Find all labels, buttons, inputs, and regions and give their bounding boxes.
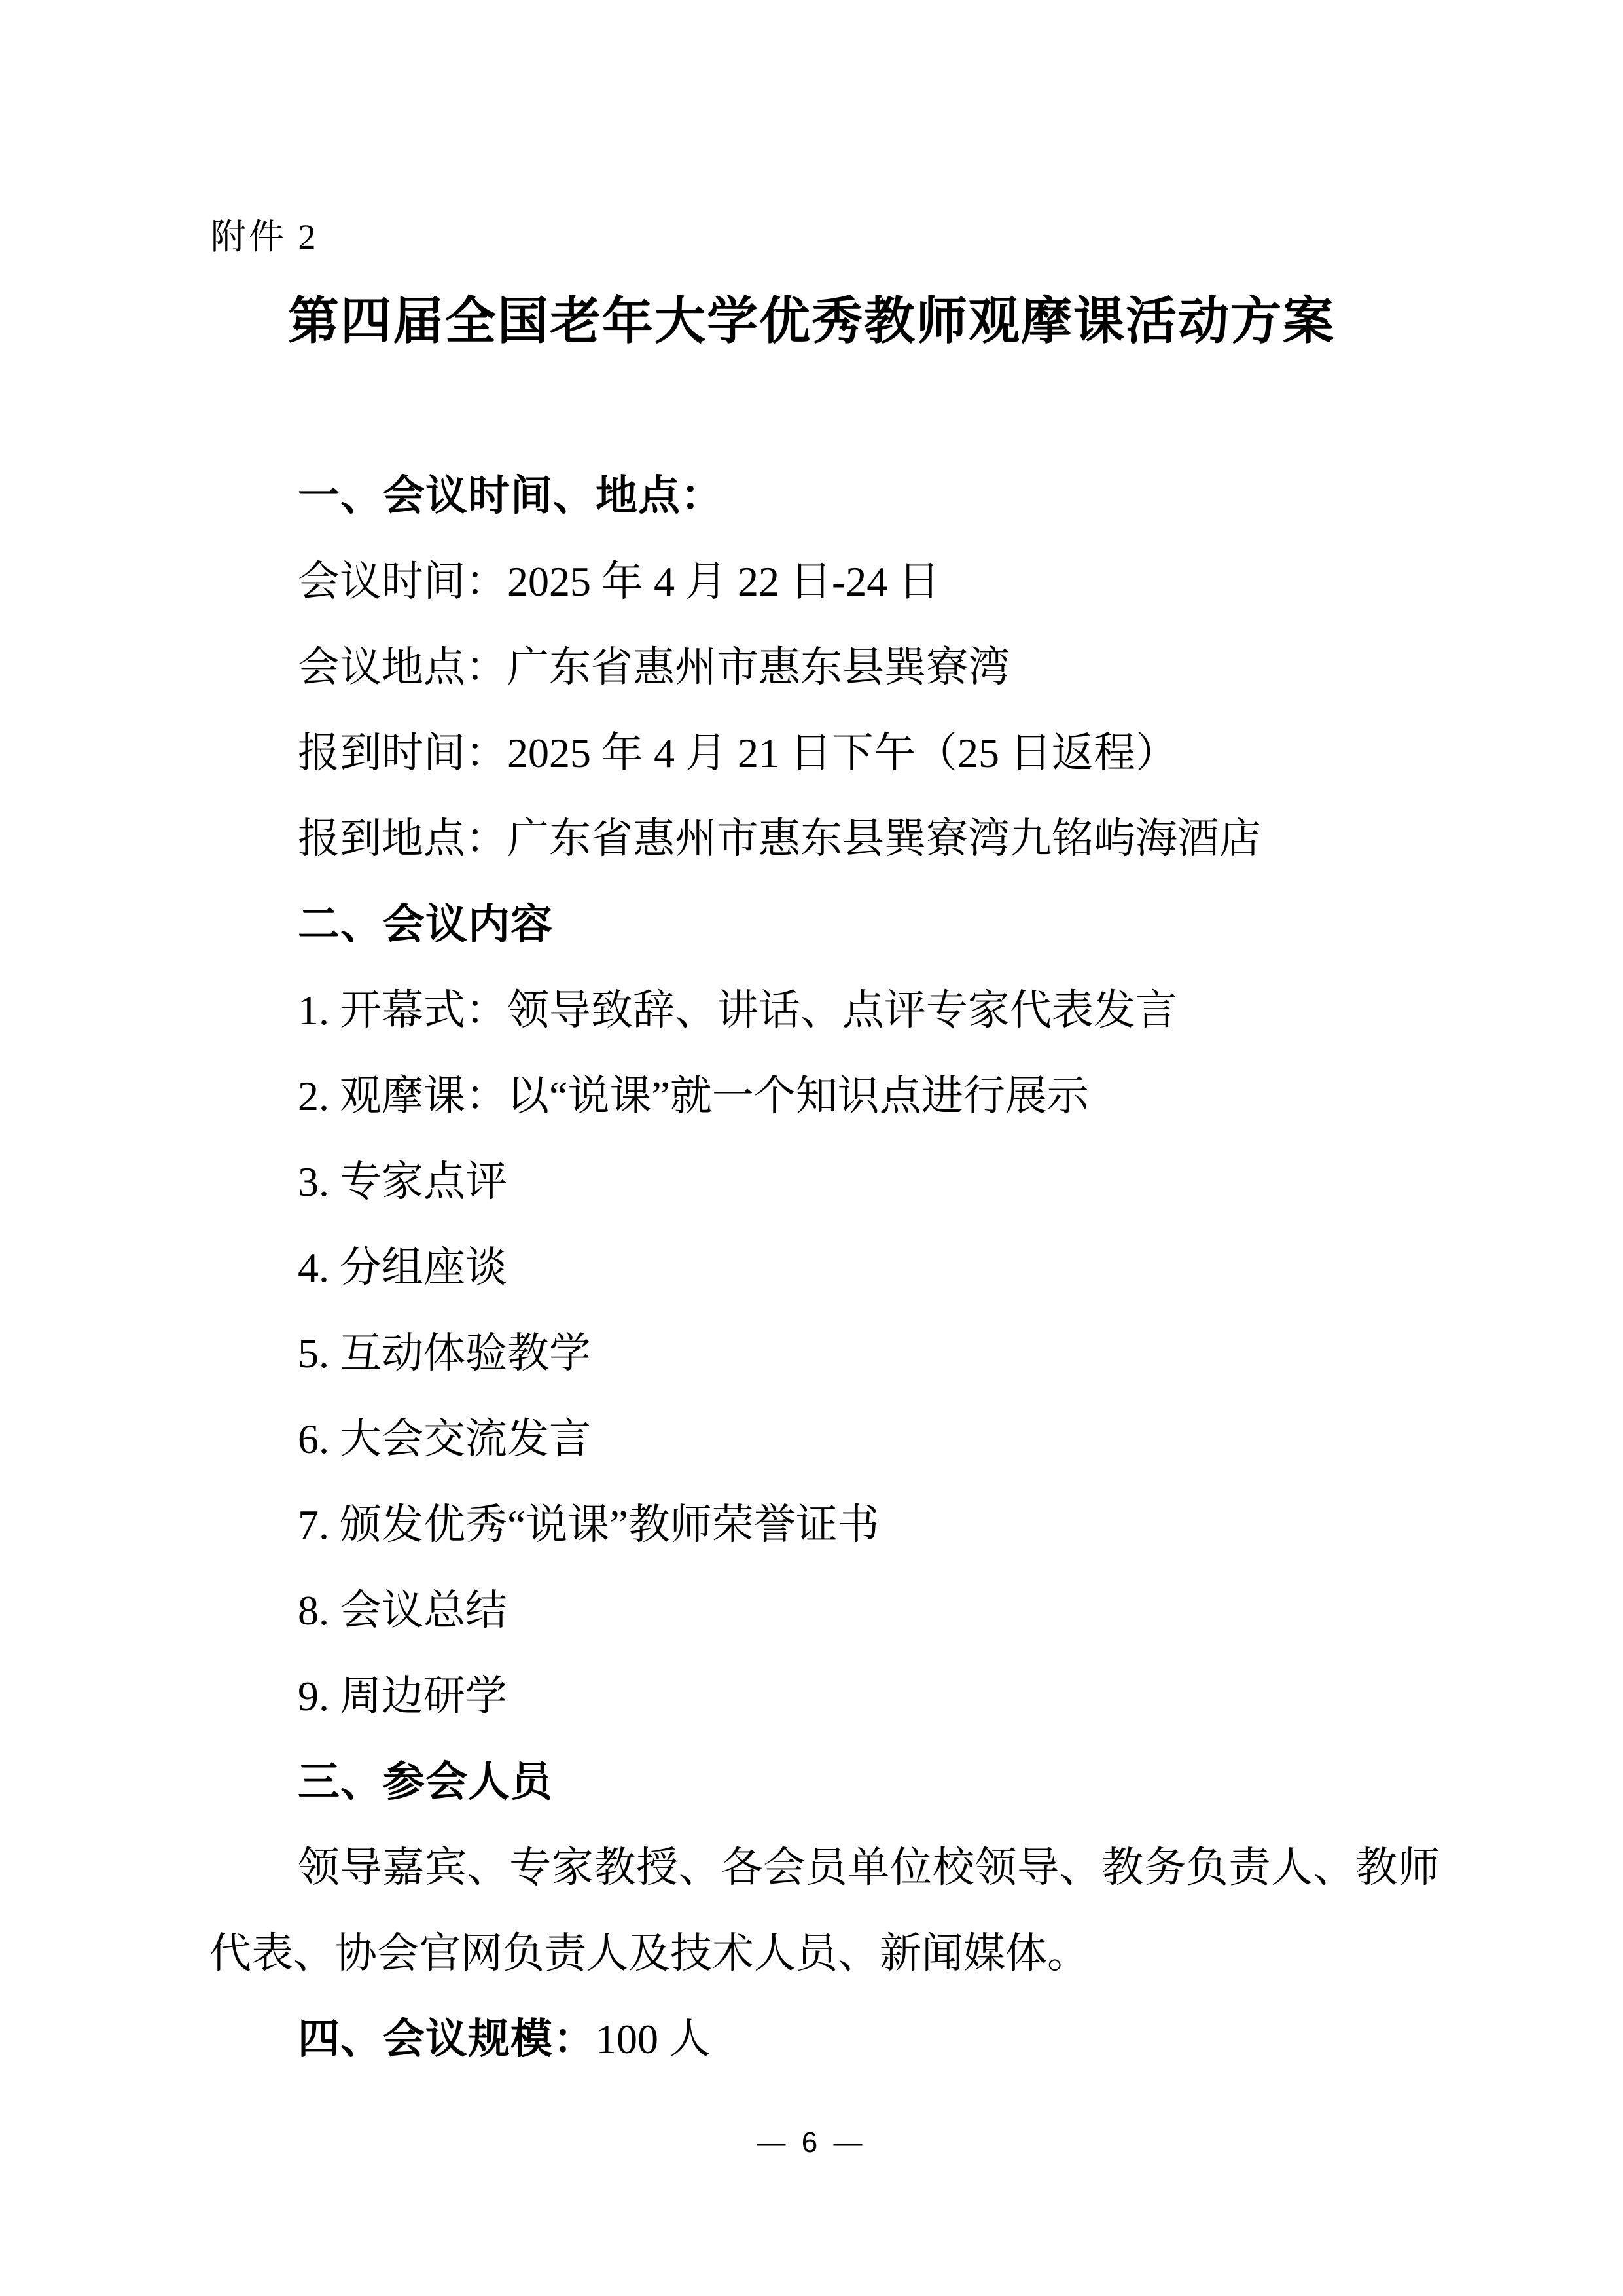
content-item-9: 9. 周边研学 — [209, 1653, 1440, 1739]
meeting-scale-line: 四、会议规模：100 人 — [209, 1996, 1440, 2082]
document-page: 附件 2 第四届全国老年大学优秀教师观摩课活动方案 一、会议时间、地点： 会议时… — [0, 0, 1623, 2296]
document-title: 第四届全国老年大学优秀教师观摩课活动方案 — [0, 288, 1623, 353]
meeting-time-line: 会议时间：2025 年 4 月 22 日-24 日 — [209, 539, 1440, 624]
meeting-scale-value: 100 人 — [596, 2016, 711, 2062]
checkin-time-line: 报到时间：2025 年 4 月 21 日下午（25 日返程） — [209, 710, 1440, 796]
section-heading-meeting-time-place: 一、会议时间、地点： — [209, 453, 1440, 539]
checkin-place-line: 报到地点：广东省惠州市惠东县巽寮湾九铭屿海酒店 — [209, 796, 1440, 882]
section-heading-meeting-scale: 四、会议规模： — [298, 2015, 596, 2062]
content-item-2: 2. 观摩课：以“说课”就一个知识点进行展示 — [209, 1053, 1440, 1139]
content-item-6: 6. 大会交流发言 — [209, 1396, 1440, 1482]
content-item-8: 8. 会议总结 — [209, 1568, 1440, 1653]
section-heading-participants: 三、参会人员 — [209, 1739, 1440, 1825]
content-item-1: 1. 开幕式：领导致辞、讲话、点评专家代表发言 — [209, 967, 1440, 1053]
attachment-label: 附件 2 — [211, 216, 319, 258]
participants-paragraph: 领导嘉宾、专家教授、各会员单位校领导、教务负责人、教师代表、协会官网负责人及技术… — [209, 1825, 1440, 1996]
meeting-place-line: 会议地点：广东省惠州市惠东县巽寮湾 — [209, 624, 1440, 710]
content-item-7: 7. 颁发优秀“说课”教师荣誉证书 — [209, 1482, 1440, 1568]
content-item-5: 5. 互动体验教学 — [209, 1310, 1440, 1396]
document-body: 一、会议时间、地点： 会议时间：2025 年 4 月 22 日-24 日 会议地… — [209, 453, 1440, 2082]
content-item-4: 4. 分组座谈 — [209, 1225, 1440, 1310]
section-heading-meeting-content: 二、会议内容 — [209, 882, 1440, 967]
page-number: — 6 — — [0, 2126, 1623, 2160]
content-item-3: 3. 专家点评 — [209, 1139, 1440, 1225]
